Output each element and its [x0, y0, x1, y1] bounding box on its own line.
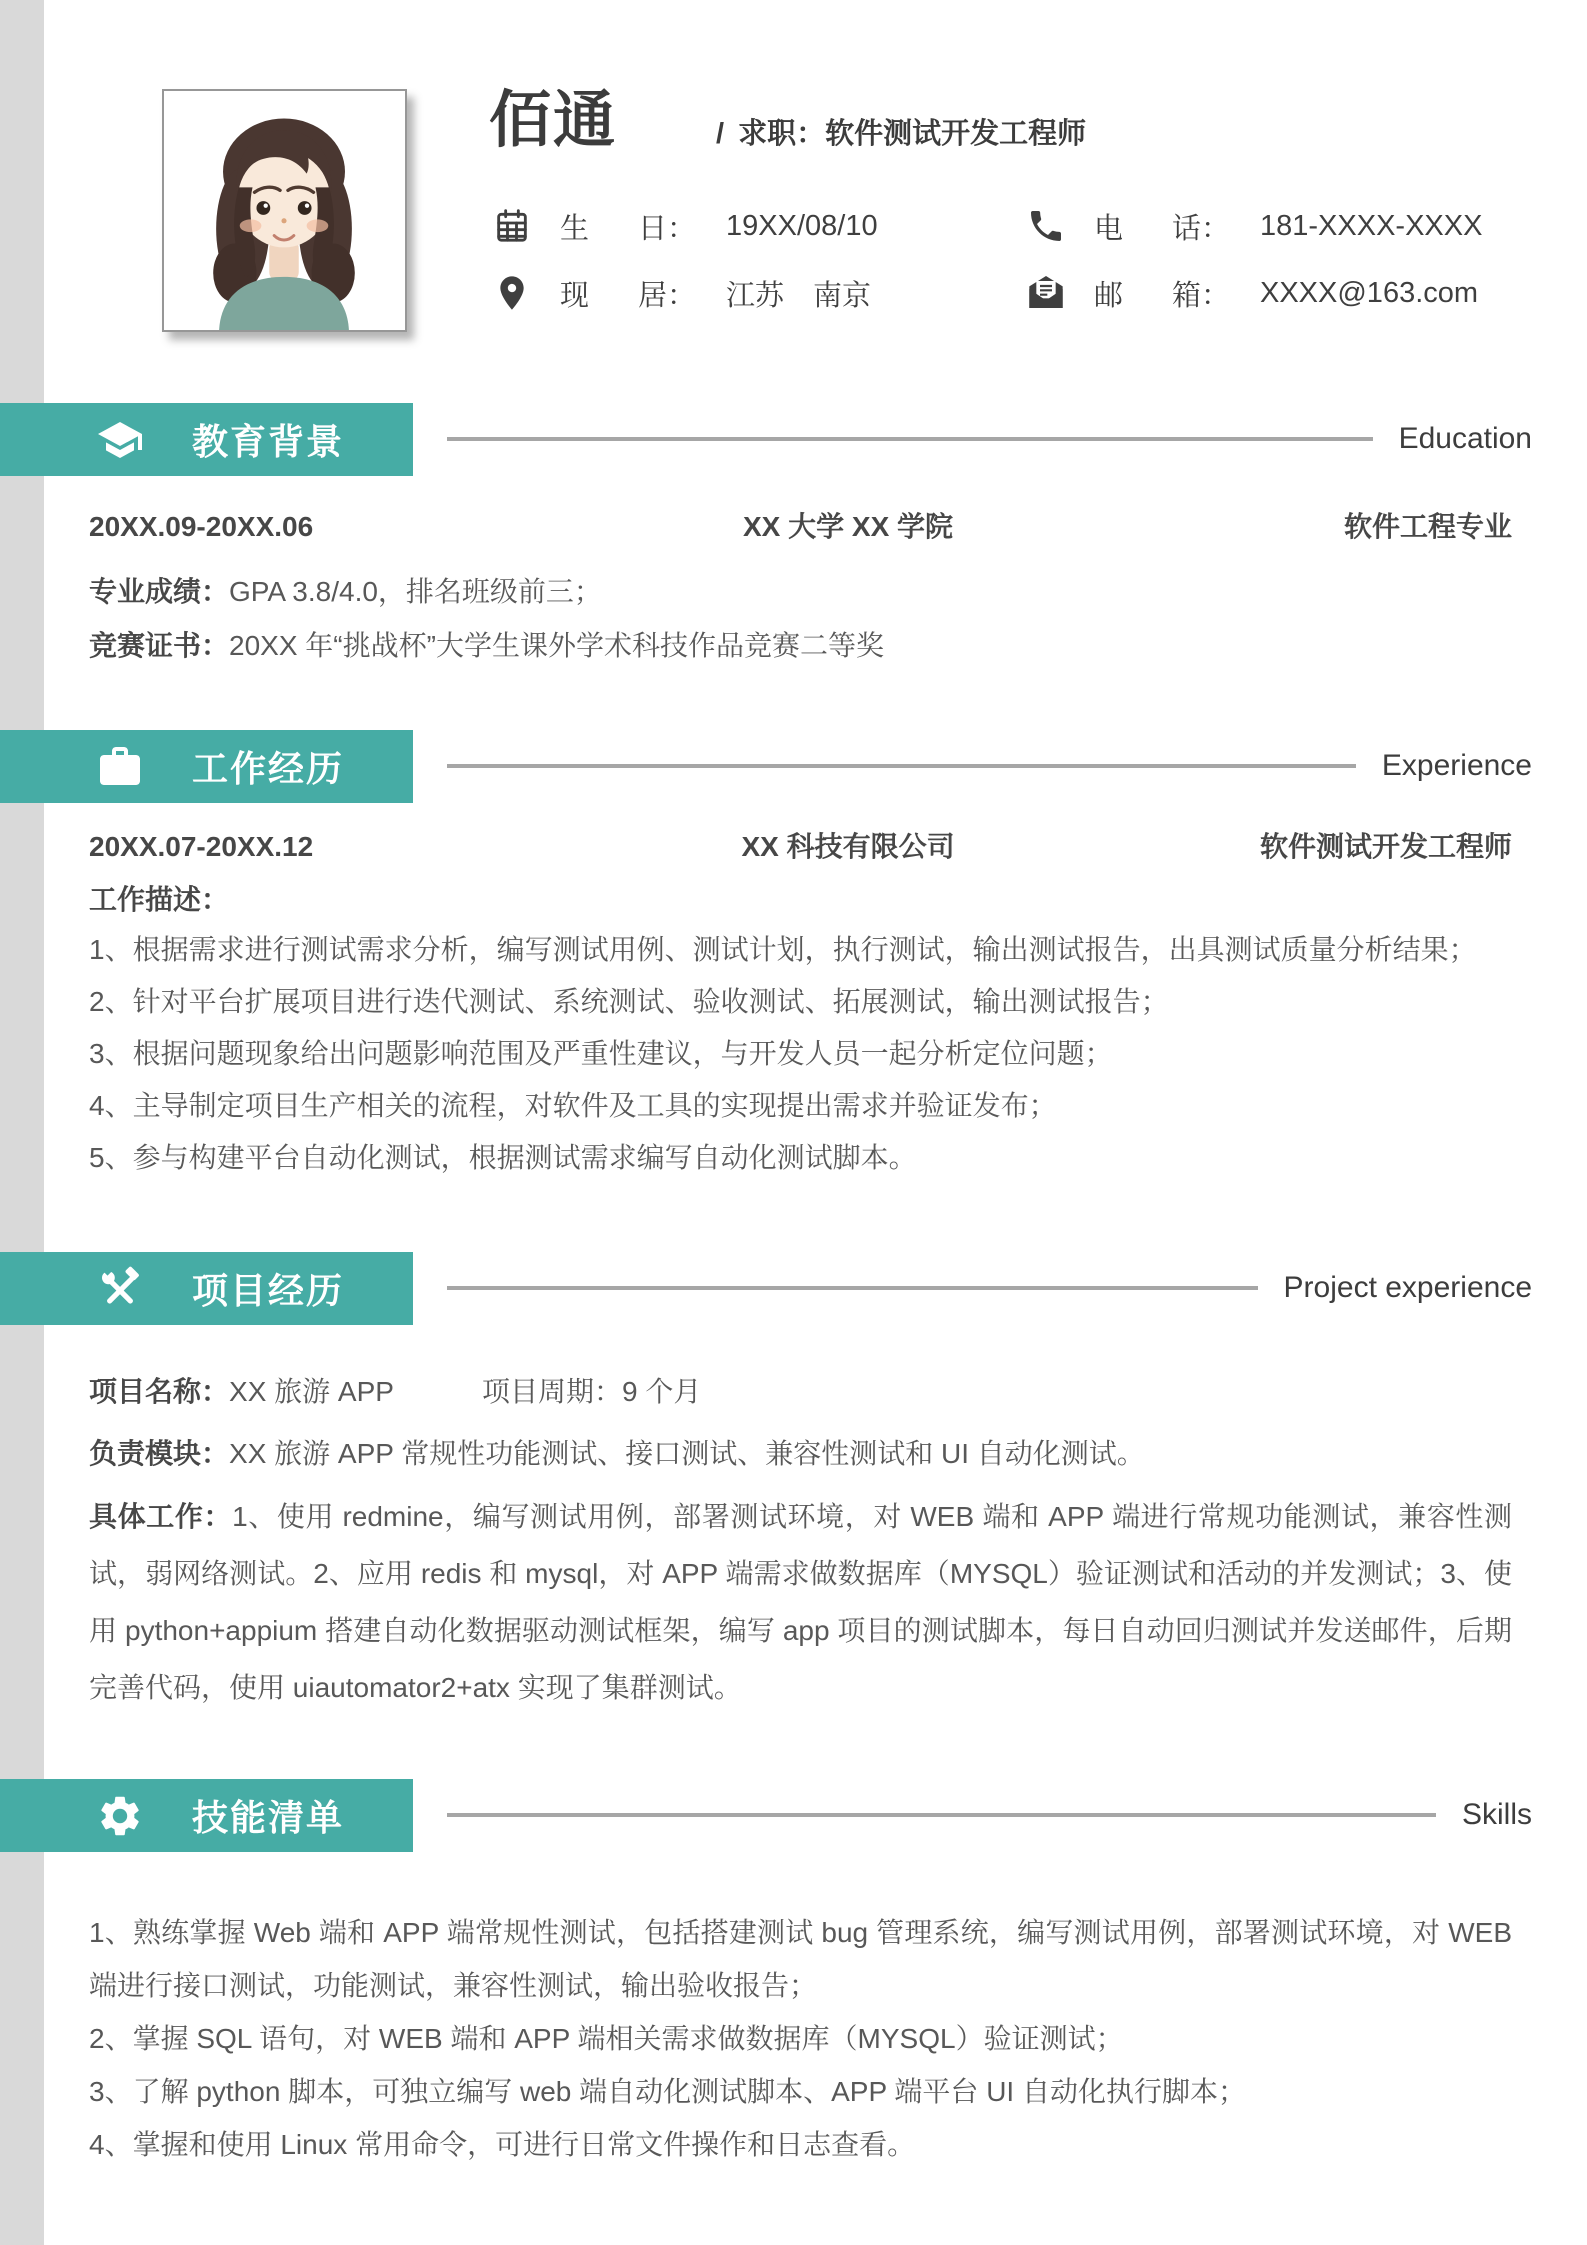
section-title-experience: 工作经历 — [192, 741, 344, 792]
experience-item: 2、针对平台扩展项目进行迭代测试、系统测试、验收测试、拓展测试，输出测试报告； — [89, 976, 1512, 1028]
education-school: XX 大学 XX 学院 — [532, 509, 1070, 545]
project-period-value: 9 个月 — [622, 1376, 701, 1407]
candidate-name: 佰通 — [489, 90, 617, 152]
project-name-row: 项目名称：XX 旅游 APP项目周期：9 个月 — [89, 1372, 1512, 1412]
experience-item: 1、根据需求进行测试需求分析，编写测试用例、测试计划，执行测试，输出测试报告，出… — [89, 924, 1512, 976]
profile-photo — [162, 89, 407, 332]
phone-number-value: 181-XXXX-XXXX — [1260, 210, 1482, 243]
section-title-experience-en: Experience — [1382, 749, 1532, 783]
section-title-project: 项目经历 — [192, 1263, 344, 1314]
calendar-icon — [492, 206, 532, 246]
section-education-rule: Education — [447, 419, 1532, 459]
gear-icon — [96, 1792, 144, 1840]
tools-icon — [96, 1265, 144, 1313]
graduation-cap-icon — [96, 416, 144, 464]
education-summary-row: 20XX.09-20XX.06 XX 大学 XX 学院 软件工程专业 — [89, 509, 1512, 545]
project-work-label: 具体工作： — [89, 1501, 232, 1532]
skill-item: 2、掌握 SQL 语句，对 WEB 端和 APP 端相关需求做数据库（MYSQL… — [89, 2012, 1512, 2065]
job-objective: /求职：软件测试开发工程师 — [716, 120, 1086, 149]
contact-label: 邮箱： — [1094, 273, 1230, 314]
divider-line — [447, 1813, 1436, 1817]
skill-item: 3、了解 python 脚本，可独立编写 web 端自动化测试脚本、APP 端平… — [89, 2065, 1512, 2118]
mail-icon — [1026, 273, 1066, 313]
location-pin-icon — [492, 273, 532, 313]
education-grade-line: 专业成绩：GPA 3.8/4.0，排名班级前三； — [89, 565, 1512, 619]
email-value: XXXX@163.com — [1260, 277, 1478, 310]
contact-location: 现居： 江苏 南京 — [492, 271, 871, 315]
project-module-label: 负责模块： — [89, 1438, 229, 1469]
section-title-skills-en: Skills — [1462, 1798, 1532, 1832]
contact-mail: 邮箱： XXXX@163.com — [1026, 271, 1478, 315]
project-module-value: XX 旅游 APP 常规性功能测试、接口测试、兼容性测试和 UI 自动化测试。 — [229, 1438, 1145, 1469]
skill-item: 1、熟练掌握 Web 端和 APP 端常规性测试，包括搭建测试 bug 管理系统… — [89, 1906, 1512, 2012]
birth-date-value: 19XX/08/10 — [726, 210, 878, 243]
experience-desc-label: 工作描述： — [89, 880, 229, 920]
experience-item: 3、根据问题现象给出问题影响范围及严重性建议，与开发人员一起分析定位问题； — [89, 1028, 1512, 1080]
section-skills-bar: 技能清单 — [0, 1779, 413, 1852]
objective-slash: / — [716, 118, 724, 150]
section-title-project-en: Project experience — [1284, 1271, 1532, 1305]
residence-value: 江苏 南京 — [726, 273, 871, 314]
section-education-bar: 教育背景 — [0, 403, 413, 476]
resume-page: 佰通 /求职：软件测试开发工程师 生日： 19XX/08/10 电话： 181-… — [0, 0, 1587, 2245]
education-major: 软件工程专业 — [1069, 509, 1512, 545]
divider-line — [447, 1286, 1258, 1290]
section-skills-rule: Skills — [447, 1795, 1532, 1835]
education-period: 20XX.09-20XX.06 — [89, 509, 532, 545]
section-title-education-en: Education — [1399, 422, 1532, 456]
experience-item: 5、参与构建平台自动化测试，根据测试需求编写自动化测试脚本。 — [89, 1132, 1512, 1184]
experience-role: 软件测试开发工程师 — [1069, 829, 1512, 865]
phone-icon — [1026, 206, 1066, 246]
contact-label: 现居： — [560, 273, 696, 314]
experience-summary-row: 20XX.07-20XX.12 XX 科技有限公司 软件测试开发工程师 — [89, 829, 1512, 865]
contact-label: 生日： — [560, 206, 696, 247]
education-details: 专业成绩：GPA 3.8/4.0，排名班级前三； 竞赛证书：20XX 年“挑战杯… — [89, 565, 1512, 673]
contact-birth: 生日： 19XX/08/10 — [492, 204, 878, 248]
briefcase-icon — [96, 743, 144, 791]
experience-period: 20XX.07-20XX.12 — [89, 829, 532, 865]
project-work-paragraph: 具体工作：1、使用 redmine，编写测试用例，部署测试环境，对 WEB 端和… — [89, 1488, 1512, 1716]
objective-text: 求职：软件测试开发工程师 — [738, 118, 1086, 150]
project-work-text: 1、使用 redmine，编写测试用例，部署测试环境，对 WEB 端和 APP … — [89, 1501, 1512, 1703]
section-experience-bar: 工作经历 — [0, 730, 413, 803]
project-name-value: XX 旅游 APP — [229, 1376, 394, 1407]
divider-line — [447, 437, 1373, 441]
project-module-line: 负责模块：XX 旅游 APP 常规性功能测试、接口测试、兼容性测试和 UI 自动… — [89, 1434, 1512, 1474]
section-title-education: 教育背景 — [192, 414, 344, 465]
section-project-rule: Project experience — [447, 1268, 1532, 1308]
project-name-label: 项目名称： — [89, 1376, 229, 1407]
education-award-line: 竞赛证书：20XX 年“挑战杯”大学生课外学术科技作品竞赛二等奖 — [89, 619, 1512, 673]
section-project-bar: 项目经历 — [0, 1252, 413, 1325]
section-experience-rule: Experience — [447, 746, 1532, 786]
section-title-skills: 技能清单 — [192, 1790, 344, 1841]
project-period-label: 项目周期： — [482, 1376, 622, 1407]
skill-item: 4、掌握和使用 Linux 常用命令，可进行日常文件操作和日志查看。 — [89, 2118, 1512, 2171]
skills-item-list: 1、熟练掌握 Web 端和 APP 端常规性测试，包括搭建测试 bug 管理系统… — [89, 1906, 1512, 2171]
contact-phone: 电话： 181-XXXX-XXXX — [1026, 204, 1482, 248]
divider-line — [447, 764, 1356, 768]
left-accent-strip — [0, 0, 44, 2245]
experience-item: 4、主导制定项目生产相关的流程，对软件及工具的实现提出需求并验证发布； — [89, 1080, 1512, 1132]
contact-label: 电话： — [1094, 206, 1230, 247]
experience-company: XX 科技有限公司 — [532, 829, 1070, 865]
avatar-illustration — [164, 91, 405, 330]
experience-item-list: 1、根据需求进行测试需求分析，编写测试用例、测试计划，执行测试，输出测试报告，出… — [89, 924, 1512, 1184]
